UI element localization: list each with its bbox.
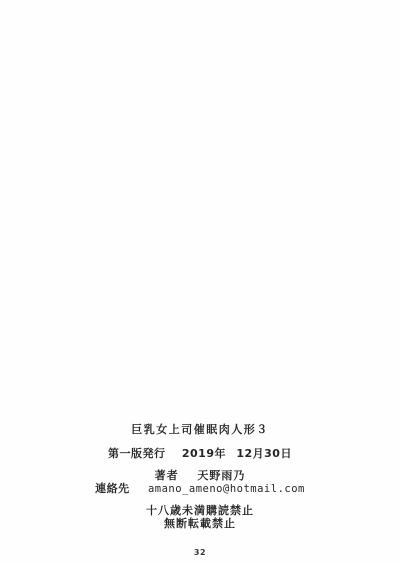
no-reproduction-notice: 無断転載禁止 bbox=[0, 515, 400, 531]
edition-date: 12月30日 bbox=[236, 447, 292, 460]
contact-email: amano_ameno@hotmail.com bbox=[148, 483, 305, 495]
edition-label: 第一版発行 bbox=[108, 447, 166, 460]
book-title: 巨乳女上司催眠肉人形３ bbox=[0, 421, 400, 437]
contact-line: 連絡先 amano_ameno@hotmail.com bbox=[0, 480, 400, 496]
page-number: 32 bbox=[0, 548, 400, 557]
edition-line: 第一版発行 2019年 12月30日 bbox=[0, 445, 400, 461]
contact-label: 連絡先 bbox=[95, 482, 130, 495]
edition-year: 2019年 bbox=[182, 447, 226, 460]
colophon-page: 巨乳女上司催眠肉人形３ 第一版発行 2019年 12月30日 著者 天野雨乃 連… bbox=[0, 0, 400, 564]
